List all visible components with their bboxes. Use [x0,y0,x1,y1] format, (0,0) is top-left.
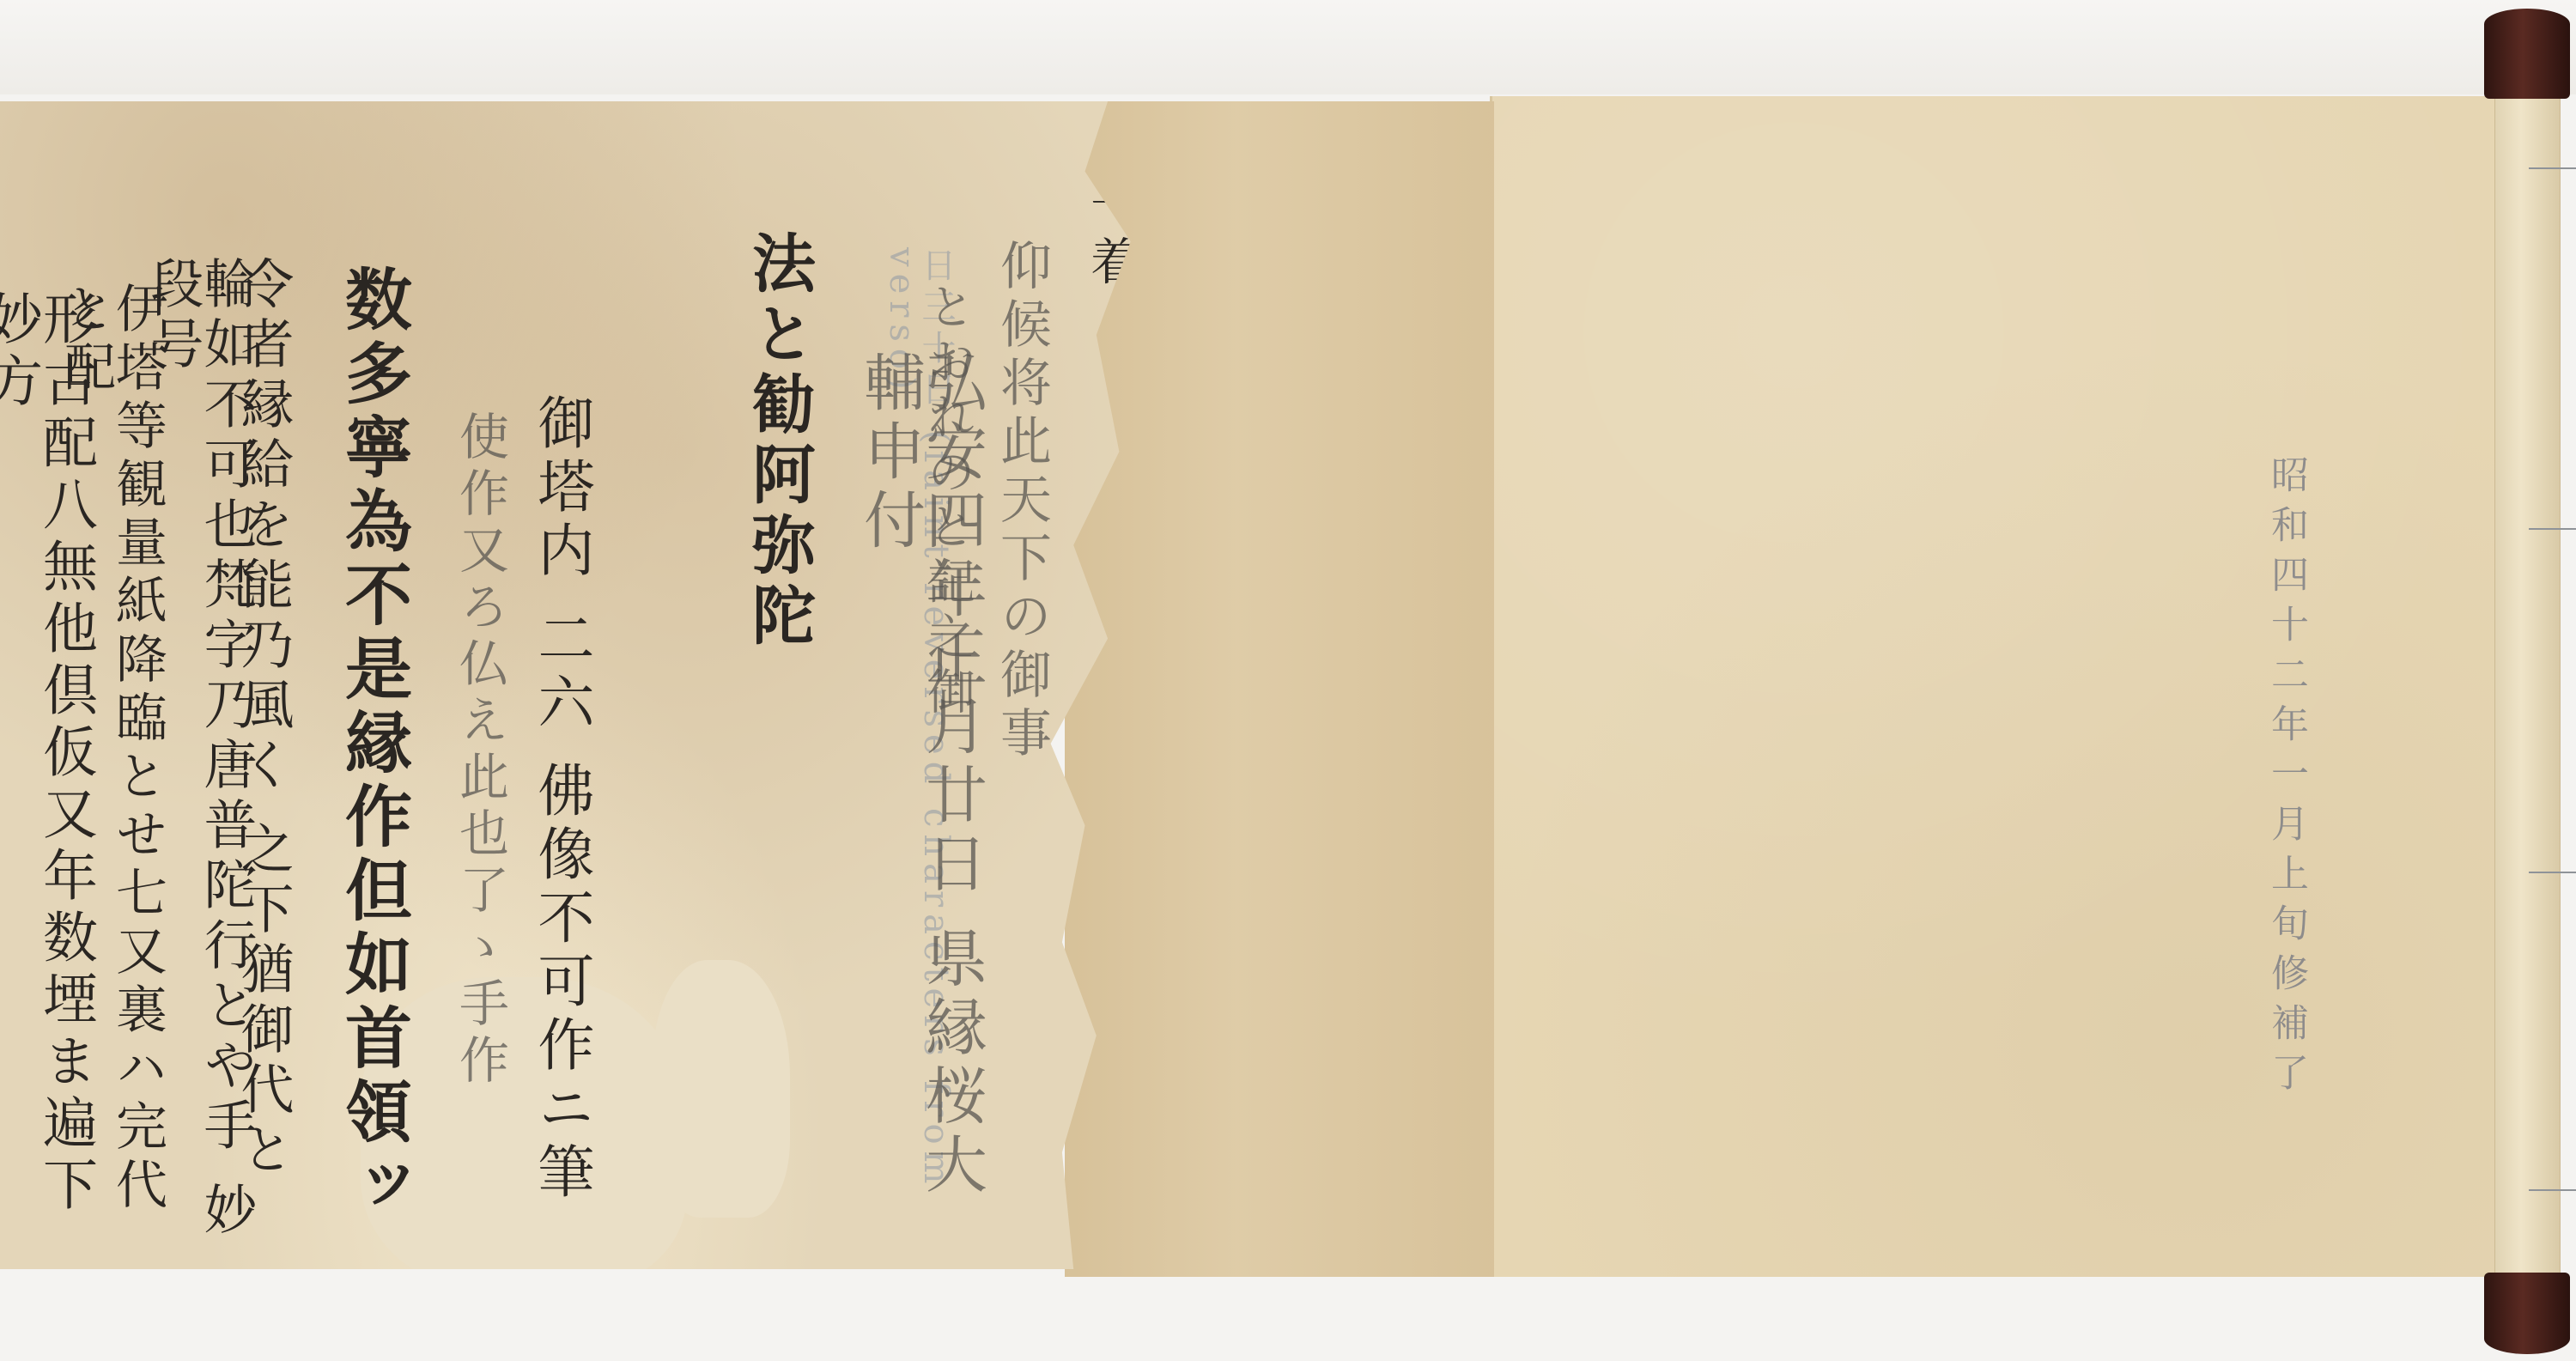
text-column: 法と勧阿弥陀 [747,230,811,653]
mounting-pin-icon [2529,1189,2576,1191]
backing-paper-panel [1490,96,2497,1277]
text-column: 仰候将此天下の御事 [996,239,1048,764]
original-document-sheet: 日三十日 (faint reversed characters from ver… [0,101,1142,1269]
text-column: 御塔内 二六 佛像不可作ニ筆 [532,393,589,1206]
background-top [0,0,2576,94]
repair-paper-strip [1065,101,1494,1277]
mounting-pin-icon [2529,528,2576,530]
text-column: 数多寧為不是縁作但如首領ッ [339,264,406,1224]
paper-loss-area [653,960,790,1218]
text-column: 弘安四年正月廿日 県縁桜大輔申付 [859,350,982,1269]
roller-knob-bottom-icon [2484,1273,2570,1354]
text-column: 形古配八無他倶仮又年数堙ま遍下妙方 [0,290,93,1269]
pencil-inscription: 昭和四十二年一月上旬修補了 [2258,455,2313,1103]
text-column: 使作又ろ仏え此也了ゝ手作 [455,410,505,1091]
scroll-roller [2494,94,2561,1279]
roller-knob-top-icon [2484,9,2570,99]
mounting-pin-icon [2529,872,2576,873]
mounting-pin-icon [2529,167,2576,169]
